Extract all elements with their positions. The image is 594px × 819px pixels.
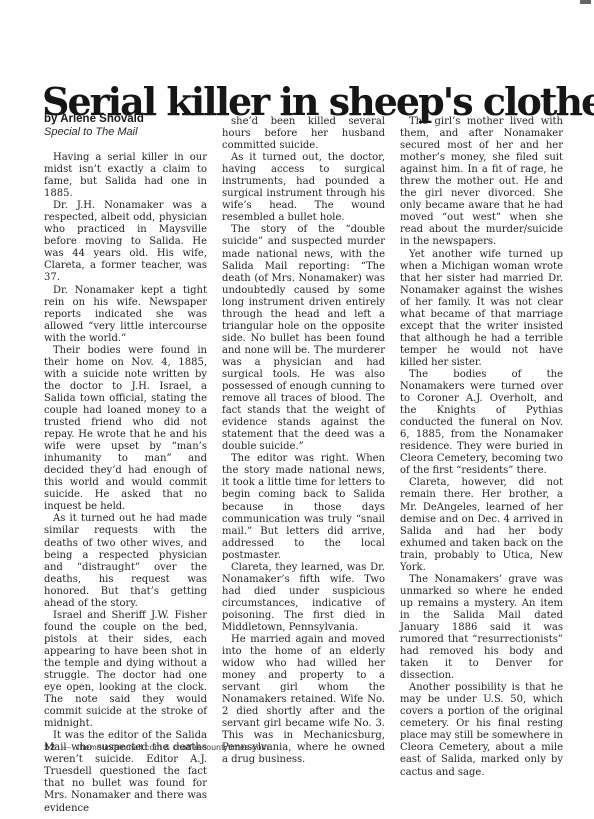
paragraph: The editor was right. When the story mad…	[222, 453, 385, 561]
page-corner-mark	[580, 0, 591, 4]
article-column-2: she’d been killed several hours before h…	[222, 116, 385, 767]
paragraph: Their bodies were found in their home on…	[44, 345, 207, 514]
paragraph: Yet another wife turned up when a Michig…	[400, 249, 563, 369]
article-column-1: Having a serial killer in our midst isn’…	[44, 152, 207, 815]
byline-block: by Arlene Shovald Special to The Mail	[44, 113, 214, 139]
paragraph: Having a serial killer in our midst isn’…	[44, 152, 207, 200]
byline-credit: Special to The Mail	[44, 126, 214, 139]
paragraph: The story of the “double suicide” and su…	[222, 224, 385, 453]
paragraph: As it turned out, the doctor, having acc…	[222, 152, 385, 224]
paragraph: Dr. Nonamaker kept a tight rein on his w…	[44, 285, 207, 345]
page-footer: 12—themountainmail.com & chaffeecountyti…	[44, 742, 269, 752]
paragraph: The bodies of the Nonamakers were turned…	[400, 369, 563, 477]
footer-sites: themountainmail.com & chaffeecountytimes…	[77, 742, 268, 752]
paragraph: Another possibility is that he may be un…	[400, 682, 563, 778]
paragraph: The Nonamakers’ grave was unmarked so wh…	[400, 574, 563, 682]
paragraph: Israel and Sheriff J.W. Fisher found the…	[44, 610, 207, 730]
byline-author: by Arlene Shovald	[44, 113, 214, 126]
paragraph: Clareta, they learned, was Dr. Nonamaker…	[222, 562, 385, 634]
newspaper-page: Serial killer in sheep's clothes by Arle…	[0, 0, 594, 819]
paragraph: Dr. J.H. Nonamaker was a respected, albe…	[44, 200, 207, 284]
page-number: 12	[44, 742, 56, 752]
footer-separator: —	[62, 742, 71, 752]
paragraph: As it turned out he had made similar req…	[44, 513, 207, 609]
article-column-3: The girl’s mother lived with them, and a…	[400, 116, 563, 779]
paragraph: The girl’s mother lived with them, and a…	[400, 116, 563, 249]
paragraph: Clareta, however, did not remain there. …	[400, 477, 563, 573]
paragraph: she’d been killed several hours before h…	[222, 116, 385, 152]
